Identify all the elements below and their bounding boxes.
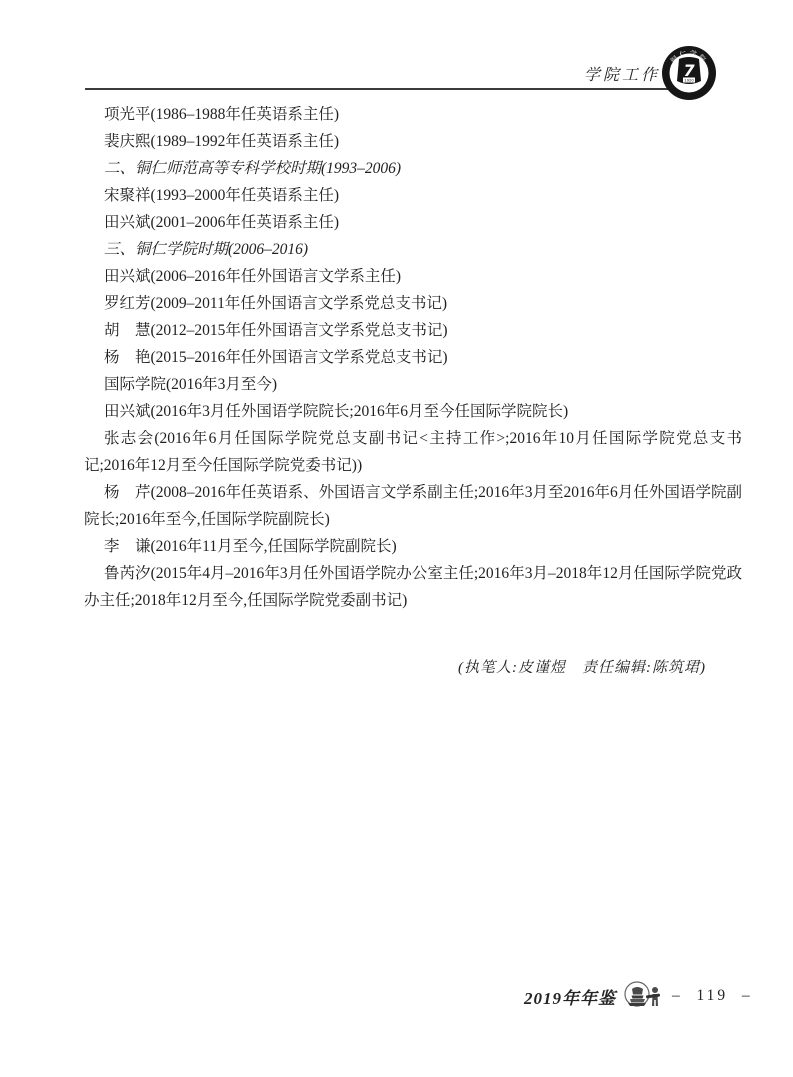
list-item: 杨 艳(2015–2016年任外国语言文学系党总支书记) [84, 344, 742, 371]
chronology-list: 项光平(1986–1988年任英语系主任) 裴庆熙(1989–1992年任英语系… [84, 101, 742, 614]
header-rule [85, 88, 669, 90]
yearbook-title: 2019年年鉴 [524, 984, 616, 1009]
period-heading: 二、铜仁师范高等专科学校时期(1993–2006) [84, 155, 742, 182]
list-item: 李 谦(2016年11月至今,任国际学院副院长) [84, 533, 742, 560]
list-item: 鲁芮汐(2015年4月–2016年3月任外国语学院办公室主任;2016年3月–2… [84, 560, 742, 614]
list-item: 国际学院(2016年3月至今) [84, 371, 742, 398]
seal-year: 1920 [684, 78, 694, 83]
list-item: 罗红芳(2009–2011年任外国语言文学系党总支书记) [84, 290, 742, 317]
yearbook-page: 学院工作 铜仁学院 TONGREN UNIVERSITY 7 1920 项光平(… [0, 0, 793, 1077]
list-item: 裴庆熙(1989–1992年任英语系主任) [84, 128, 742, 155]
university-seal-icon: 铜仁学院 TONGREN UNIVERSITY 7 1920 [661, 45, 717, 101]
list-item: 田兴斌(2001–2006年任英语系主任) [84, 209, 742, 236]
list-item: 项光平(1986–1988年任英语系主任) [84, 101, 742, 128]
period-heading: 三、铜仁学院时期(2006–2016) [84, 236, 742, 263]
running-head-section-title: 学院工作 [584, 62, 660, 85]
yearbook-emblem-icon [622, 979, 668, 1013]
credit-line: (执笔人:皮谨煜 责任编辑:陈筑珺) [458, 656, 706, 677]
list-item: 田兴斌(2006–2016年任外国语言文学系主任) [84, 263, 742, 290]
list-item: 胡 慧(2012–2015年任外国语言文学系党总支书记) [84, 317, 742, 344]
list-item: 田兴斌(2016年3月任外国语学院院长;2016年6月至今任国际学院院长) [84, 398, 742, 425]
page-footer: 2019年年鉴 – 119 – [524, 978, 753, 1014]
list-item: 张志会(2016年6月任国际学院党总支副书记<主持工作>;2016年10月任国际… [84, 425, 742, 479]
list-item: 杨 芹(2008–2016年任英语系、外国语言文学系副主任;2016年3月至20… [84, 479, 742, 533]
page-number: – 119 – [672, 987, 753, 1005]
list-item: 宋聚祥(1993–2000年任英语系主任) [84, 182, 742, 209]
